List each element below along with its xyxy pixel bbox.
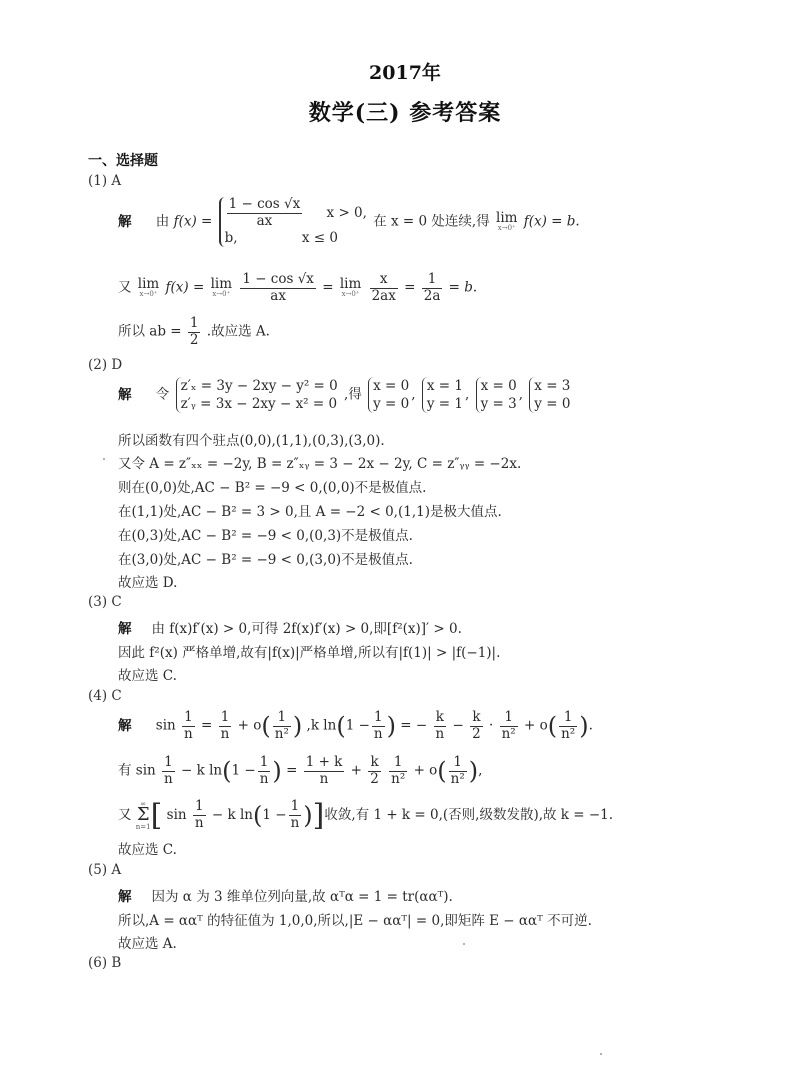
q2-solution-line-5: 在(1,1)处,AC − B² = 3 > 0,且 A = −2 < 0,(1,… <box>118 500 502 520</box>
q3-solution-line-2: 因此 f²(x) 严格单增,故有|f(x)|严格单增,所以有|f(1)| > |… <box>118 641 500 661</box>
scan-speck <box>600 1053 602 1055</box>
q1-solution-line-2: 又 limx→0⁺ f(x) = limx→0⁺ 1 − cos √xax = … <box>118 272 477 304</box>
q4-solution-line-4: 故应选 C. <box>118 838 177 858</box>
q2-solution-line-1: 解 令 z′ₓ = 3y − 2xy − y² = 0z′ᵧ = 3x − 2x… <box>118 377 572 413</box>
q2-solution-line-3: 又令 A = z″ₓₓ = −2y, B = z″ₓᵧ = 3 − 2x − 2… <box>118 452 521 472</box>
solution-marker: 解 <box>118 621 132 637</box>
solution-marker: 解 <box>118 889 132 905</box>
q2-solution-line-7: 在(3,0)处,AC − B² = −9 < 0,(3,0)不是极值点. <box>118 548 413 568</box>
q2-solution-line-2: 所以函数有四个驻点(0,0),(1,1),(0,3),(3,0). <box>118 429 385 449</box>
q1-solution-line-1: 解 由 f(x) = 1 − cos √x ax x > 0, b, x ≤ 0… <box>118 197 580 247</box>
question-2-answer: (2) D <box>88 357 122 373</box>
document-title: 数学(三) 参考答案 <box>0 96 810 127</box>
scan-speck <box>463 943 465 945</box>
document-year: 2017年 <box>0 58 810 85</box>
section-heading: 一、选择题 <box>88 150 158 170</box>
q4-solution-line-2: 有 sin 1n − k ln(1 −1n) = 1 + kn + k2 1n²… <box>118 755 482 787</box>
question-5-answer: (5) A <box>88 862 121 878</box>
question-1-answer: (1) A <box>88 173 121 189</box>
scan-speck <box>103 458 105 460</box>
solution-marker: 解 <box>118 214 132 230</box>
q2-solution-line-6: 在(0,3)处,AC − B² = −9 < 0,(0,3)不是极值点. <box>118 524 413 544</box>
q4-solution-line-3: 又 ∞Σn=1[ sin 1n − k ln(1 −1n)]收敛,有 1 + k… <box>118 798 613 833</box>
q1-solution-line-3: 所以 ab = 12 .故应选 A. <box>118 316 270 348</box>
q2-solution-line-4: 则在(0,0)处,AC − B² = −9 < 0,(0,0)不是极值点. <box>118 476 426 496</box>
solution-marker: 解 <box>118 718 132 734</box>
q3-solution-line-3: 故应选 C. <box>118 664 177 684</box>
q5-solution-line-3: 故应选 A. <box>118 932 177 952</box>
document-page: 2017年 数学(三) 参考答案 一、选择题 (1) A 解 由 f(x) = … <box>0 0 810 1080</box>
question-6-answer: (6) B <box>88 955 121 971</box>
piecewise-brace: 1 − cos √x ax x > 0, b, x ≤ 0 <box>219 197 367 247</box>
solution-marker: 解 <box>118 387 132 403</box>
question-4-answer: (4) C <box>88 688 122 704</box>
q5-solution-line-1: 解因为 α 为 3 维单位列向量,故 αᵀα = 1 = tr(ααᵀ). <box>118 885 453 905</box>
question-3-answer: (3) C <box>88 594 122 610</box>
q2-solution-line-8: 故应选 D. <box>118 571 177 591</box>
q4-solution-line-1: 解 sin 1n = 1n + o(1n²) ,k ln(1 −1n) = − … <box>118 710 593 742</box>
q5-solution-line-2: 所以,A = ααᵀ 的特征值为 1,0,0,所以,|E − ααᵀ| = 0,… <box>118 909 592 929</box>
q3-solution-line-1: 解由 f(x)f′(x) > 0,可得 2f(x)f′(x) > 0,即[f²(… <box>118 617 462 637</box>
